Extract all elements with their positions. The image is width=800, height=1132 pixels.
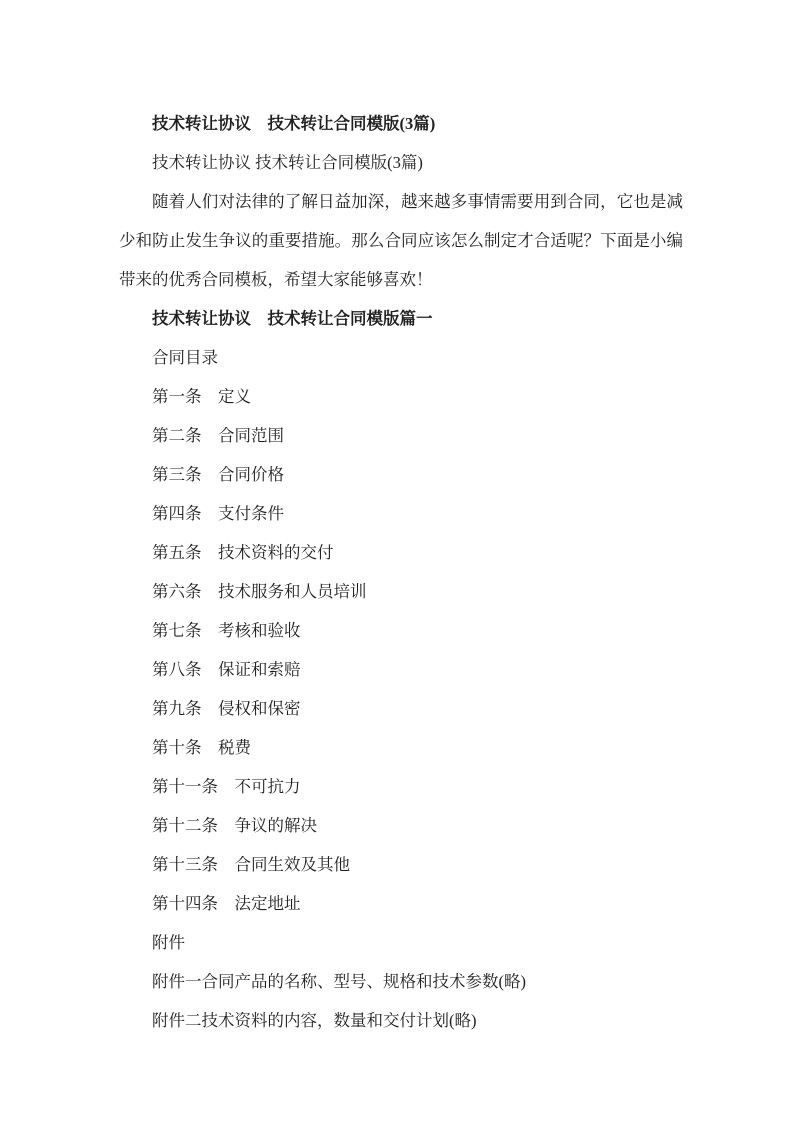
document-title-repeat: 技术转让协议 技术转让合同模版(3篇) bbox=[119, 143, 683, 182]
toc-item: 第十四条 法定地址 bbox=[119, 884, 683, 923]
document-title: 技术转让协议 技术转让合同模版(3篇) bbox=[119, 104, 683, 143]
toc-item: 第二条 合同范围 bbox=[119, 416, 683, 455]
toc-item: 第五条 技术资料的交付 bbox=[119, 533, 683, 572]
toc-item: 第十二条 争议的解决 bbox=[119, 806, 683, 845]
toc-item: 附件二技术资料的内容，数量和交付计划(略) bbox=[119, 1001, 683, 1040]
toc-item: 附件 bbox=[119, 923, 683, 962]
toc-item: 第十条 税费 bbox=[119, 728, 683, 767]
toc-item: 附件一合同产品的名称、型号、规格和技术参数(略) bbox=[119, 962, 683, 1001]
document-page: 技术转让协议 技术转让合同模版(3篇) 技术转让协议 技术转让合同模版(3篇) … bbox=[0, 0, 800, 1132]
toc-item: 第九条 侵权和保密 bbox=[119, 689, 683, 728]
toc-item: 合同目录 bbox=[119, 338, 683, 377]
toc-item: 第六条 技术服务和人员培训 bbox=[119, 572, 683, 611]
section-heading: 技术转让协议 技术转让合同模版篇一 bbox=[119, 299, 683, 338]
toc-item: 第四条 支付条件 bbox=[119, 494, 683, 533]
toc-item: 第三条 合同价格 bbox=[119, 455, 683, 494]
toc-item: 第八条 保证和索赔 bbox=[119, 650, 683, 689]
toc-item: 第一条 定义 bbox=[119, 377, 683, 416]
intro-paragraph: 随着人们对法律的了解日益加深，越来越多事情需要用到合同，它也是减少和防止发生争议… bbox=[119, 182, 683, 299]
toc-item: 第十三条 合同生效及其他 bbox=[119, 845, 683, 884]
toc-item: 第七条 考核和验收 bbox=[119, 611, 683, 650]
table-of-contents: 合同目录 第一条 定义 第二条 合同范围 第三条 合同价格 第四条 支付条件 第… bbox=[119, 338, 683, 1040]
toc-item: 第十一条 不可抗力 bbox=[119, 767, 683, 806]
